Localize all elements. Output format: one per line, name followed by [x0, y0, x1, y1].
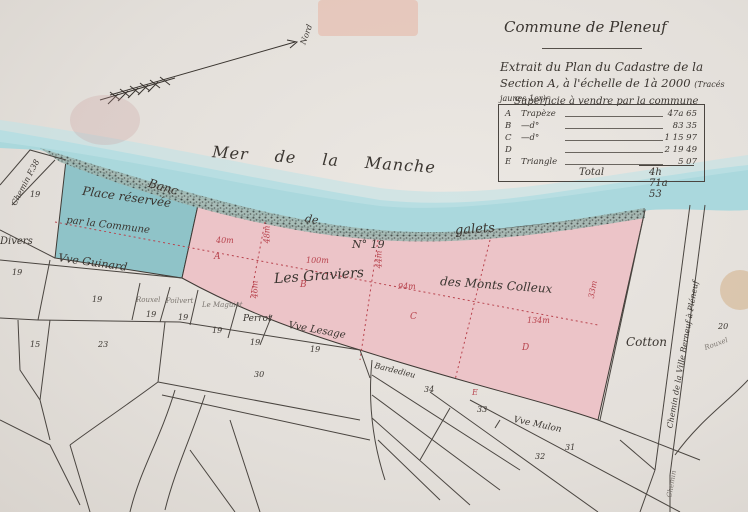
leader-line [565, 128, 663, 129]
leader-line [565, 152, 663, 153]
legend-row: B —d° 83 35 [503, 121, 703, 133]
parcel-number: 31 [565, 443, 575, 452]
legend-area: 1 15 97 [665, 133, 697, 143]
lot-letter-e: E [472, 388, 478, 397]
lot-letter-b: B [300, 280, 307, 290]
parcel-number: 34 [424, 385, 434, 394]
leader-line [565, 140, 663, 141]
map-subtitle-line1: Extrait du Plan du Cadastre de la [500, 60, 703, 74]
legend-area: 47a 65 [668, 109, 697, 119]
measurement-label: 46m [250, 281, 259, 299]
parcel-number: 30 [254, 370, 264, 379]
legend-area: 83 35 [673, 121, 697, 131]
parcel-number: 15 [30, 340, 40, 349]
map-title: Commune de Pleneuf [504, 18, 667, 36]
legend-letter: B [505, 121, 511, 131]
owner-label-le-maguiet: Le Maguiet [202, 301, 243, 309]
legend-letter: A [505, 109, 511, 119]
parcel-number: 19 [146, 310, 156, 319]
parcel-number: 19 [250, 338, 260, 347]
owner-label-rouxel: Rouxel [136, 296, 160, 304]
subtitle-scale: Section A, à l'échelle de 1à 2000 [500, 76, 691, 90]
lot-letter-c: C [410, 312, 417, 322]
measurement-label: 44m [374, 251, 383, 269]
parcel-number: 19 [178, 313, 188, 322]
leader-line [565, 116, 663, 117]
legend-area: 2 19 49 [665, 145, 697, 155]
parcel-number: 20 [718, 322, 728, 331]
legend-row: A Trapèze 47a 65 [503, 109, 703, 121]
legend-letter: D [505, 145, 512, 155]
legend-table: A Trapèze 47a 65 B —d° 83 35 C —d° 1 15 … [498, 104, 705, 182]
legend-shape: —d° [521, 133, 539, 143]
legend-shape: —d° [521, 121, 539, 131]
measurement-label: 48m [262, 226, 271, 244]
parcel-number-label: N° 19 [352, 238, 385, 251]
legend-total: Total 4h 71a 53 [579, 167, 604, 178]
cadastral-map: Commune de Pleneuf Extrait du Plan du Ca… [0, 0, 748, 512]
parcel-number: 32 [535, 452, 545, 461]
parcel-number: 19 [30, 190, 40, 199]
lot-letter-d: D [522, 343, 529, 353]
parcel-number: 19 [12, 268, 22, 277]
shingle-label-de: de [304, 212, 319, 227]
measurement-label: 94m [398, 282, 416, 291]
owner-label-divers: Divers [0, 236, 33, 247]
total-label: Total [579, 167, 604, 178]
parcel-number: 33 [477, 405, 487, 414]
total-value: 4h 71a 53 [649, 167, 668, 200]
legend-letter: E [505, 157, 511, 167]
legend-row: C —d° 1 15 97 [503, 133, 703, 145]
owner-label-perrot: Perrot [243, 314, 272, 324]
measurement-label: 100m [306, 256, 329, 265]
owner-label-poilvert: Poilvert [166, 297, 193, 305]
measurement-label: 40m [216, 236, 234, 245]
paper-stain [318, 0, 418, 36]
parcel-number: 19 [92, 295, 102, 304]
parcel-number: 19 [310, 345, 320, 354]
paper-stain [70, 95, 140, 145]
parcel-number: 19 [212, 326, 222, 335]
legend-row: D 2 19 49 [503, 145, 703, 157]
parcel-number: 23 [98, 340, 108, 349]
legend-letter: C [505, 133, 512, 143]
north-arrow-icon [100, 40, 297, 104]
legend-shape: Triangle [521, 157, 557, 167]
owner-label-cotton: Cotton [626, 335, 667, 349]
total-rule [639, 165, 694, 166]
title-rule [542, 48, 642, 49]
lot-letter-a: A [214, 252, 221, 262]
measurement-label: 134m [527, 316, 550, 325]
shingle-label-galets: galets [455, 221, 496, 239]
legend-shape: Trapèze [521, 109, 556, 119]
